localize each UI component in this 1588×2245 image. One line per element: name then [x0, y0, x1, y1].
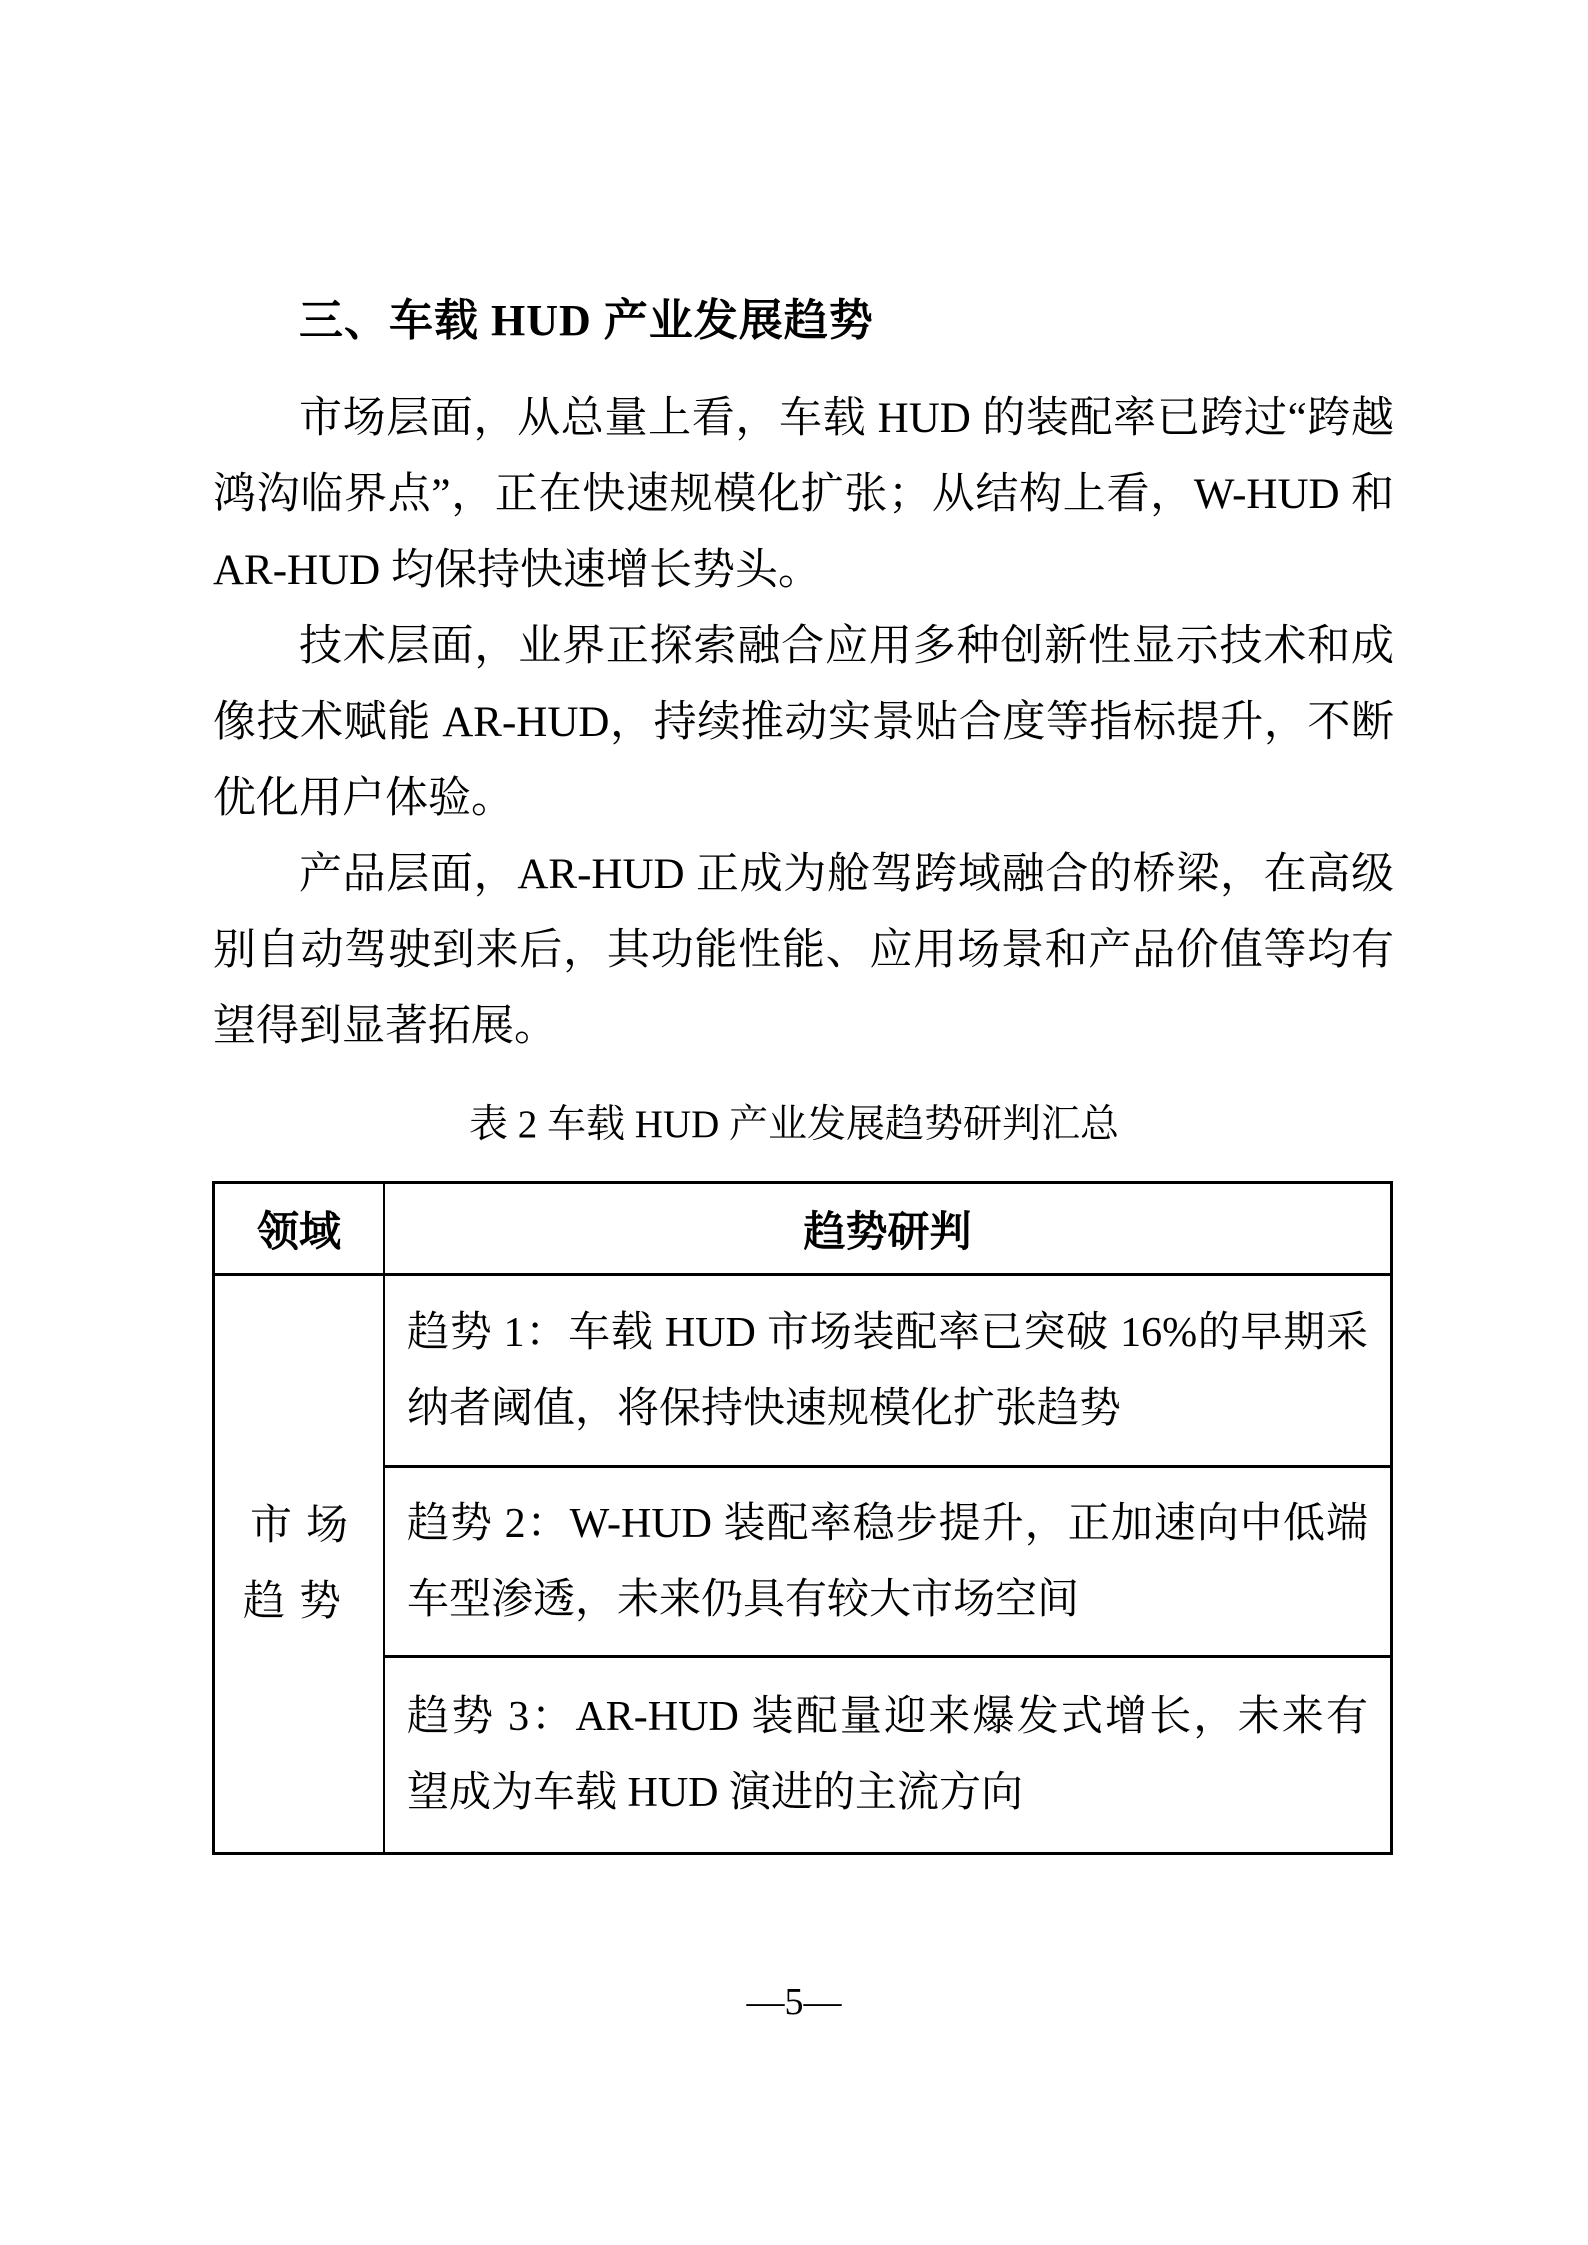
table-header-trend-label: 趋势研判: [803, 1199, 971, 1259]
table-row-trend-2: 趋势 2：W-HUD 装配率稳步提升，正加速向中低端车型渗透，未来仍具有较大市场…: [385, 1468, 1390, 1658]
table-caption: 表 2 车载 HUD 产业发展趋势研判汇总: [0, 1103, 1588, 1147]
paragraph-technology: 技术层面，业界正探索融合应用多种创新性显示技术和成像技术赋能 AR-HUD，持续…: [213, 609, 1394, 837]
trends-table: 领域 趋势研判 市场 趋势 趋势 1：车载 HUD 市场装配率已突破 16%的早…: [212, 1181, 1393, 1855]
trend-2-text: 趋势 2：W-HUD 装配率稳步提升，正加速向中低端车型渗透，未来仍具有较大市场…: [407, 1486, 1368, 1638]
table-row-trend-3: 趋势 3：AR-HUD 装配量迎来爆发式增长，未来有望成为车载 HUD 演进的主…: [385, 1658, 1390, 1852]
paragraph-market: 市场层面，从总量上看，车载 HUD 的装配率已跨过“跨越鸿沟临界点”，正在快速规…: [213, 381, 1394, 609]
table-row-trend-1: 趋势 1：车载 HUD 市场装配率已突破 16%的早期采纳者阈值，将保持快速规模…: [385, 1276, 1390, 1468]
document-page: 三、车载 HUD 产业发展趋势 市场层面，从总量上看，车载 HUD 的装配率已跨…: [0, 0, 1588, 2245]
table-header-trend: 趋势研判: [385, 1184, 1390, 1276]
domain-group-label: 市场 趋势: [236, 1488, 362, 1640]
table-header-domain-label: 领域: [257, 1199, 341, 1259]
table-cell-domain-group: 市场 趋势: [215, 1276, 385, 1852]
page-number: —5—: [0, 1980, 1588, 2024]
document-body: 三、车载 HUD 产业发展趋势 市场层面，从总量上看，车载 HUD 的装配率已跨…: [213, 283, 1394, 1065]
section-heading: 三、车载 HUD 产业发展趋势: [299, 283, 1394, 359]
paragraph-product: 产品层面，AR-HUD 正成为舱驾跨域融合的桥梁，在高级别自动驾驶到来后，其功能…: [213, 837, 1394, 1065]
trend-3-text: 趋势 3：AR-HUD 装配量迎来爆发式增长，未来有望成为车载 HUD 演进的主…: [407, 1679, 1368, 1831]
table-header-domain: 领域: [215, 1184, 385, 1276]
trend-1-text: 趋势 1：车载 HUD 市场装配率已突破 16%的早期采纳者阈值，将保持快速规模…: [407, 1295, 1368, 1447]
